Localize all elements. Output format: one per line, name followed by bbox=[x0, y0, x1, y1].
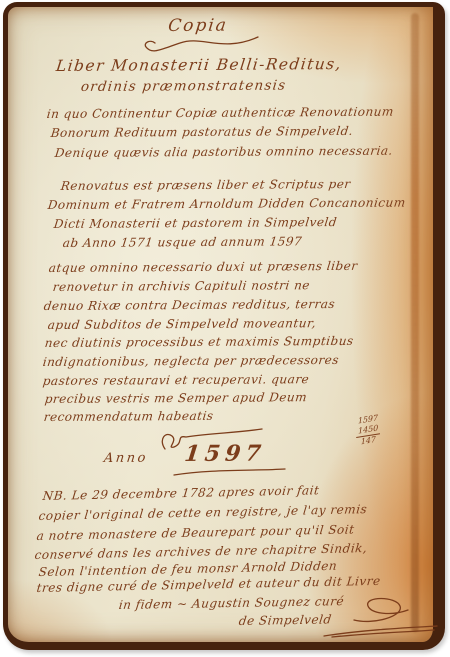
signature-line: de Simpelveld bbox=[238, 612, 332, 628]
intro-line: Denique quævis alia pastoribus omnino ne… bbox=[54, 144, 394, 160]
preface-line: renovetur in archivis Capituli nostri ne bbox=[52, 278, 311, 294]
renovation-line: Renovatus est præsens liber et Scriptus … bbox=[60, 177, 351, 193]
heading-line: Liber Monasterii Belli-Reditus, bbox=[55, 55, 343, 75]
signature-line: in fidem ~ Augustin Sougnez curé bbox=[118, 594, 345, 612]
title-flourish-icon bbox=[142, 33, 262, 57]
preface-line: precibus vestris me Semper apud Deum bbox=[44, 390, 308, 406]
preface-line: atque omnino necessario duxi ut præsens … bbox=[48, 259, 358, 275]
preface-line: pastores restauravi et recuperavi. quare bbox=[42, 372, 310, 388]
preface-line: nec diutinis processibus et maximis Sump… bbox=[44, 334, 355, 350]
signature-underline-icon bbox=[322, 624, 440, 638]
preface-line: indignationibus, neglecta per prædecesso… bbox=[42, 353, 340, 369]
preface-line: denuo Rixæ contra Decimas redditus, terr… bbox=[43, 297, 336, 313]
year-underline-icon bbox=[172, 467, 287, 477]
renovation-line: Dicti Monasterii et pastorem in Simpelve… bbox=[53, 215, 338, 231]
intro-line: in quo Continentur Copiæ authenticæ Reno… bbox=[46, 105, 395, 121]
intro-line: Bonorum Redituum pastoratus de Simpelvel… bbox=[50, 124, 354, 140]
nb-note-line: a notre monastere de Beaurepart pour qu'… bbox=[36, 522, 355, 543]
nb-note-line: NB. Le 29 decembre 1782 apres avoir fait bbox=[42, 483, 320, 503]
preface-line: apud Subditos de Simpelveld moveantur, bbox=[47, 316, 317, 332]
renovation-line: ab Anno 1571 usque ad annum 1597 bbox=[62, 234, 303, 250]
signature-paraph-icon bbox=[344, 594, 414, 628]
anno-year: 1597 bbox=[183, 440, 267, 467]
heading-line: ordinis præmonstratensis bbox=[80, 78, 287, 95]
preface-line: recommendatum habeatis bbox=[43, 409, 214, 424]
margin-calculation: 1597 1450 147 bbox=[356, 413, 381, 448]
manuscript-content: Copia Liber Monasterii Belli-Reditus, or… bbox=[0, 0, 450, 657]
nb-note-line: copier l'original de cette en registre, … bbox=[38, 502, 368, 523]
anno-label: Anno bbox=[103, 451, 149, 466]
renovation-line: Dominum et Fratrem Arnoldum Didden Conca… bbox=[47, 196, 407, 212]
